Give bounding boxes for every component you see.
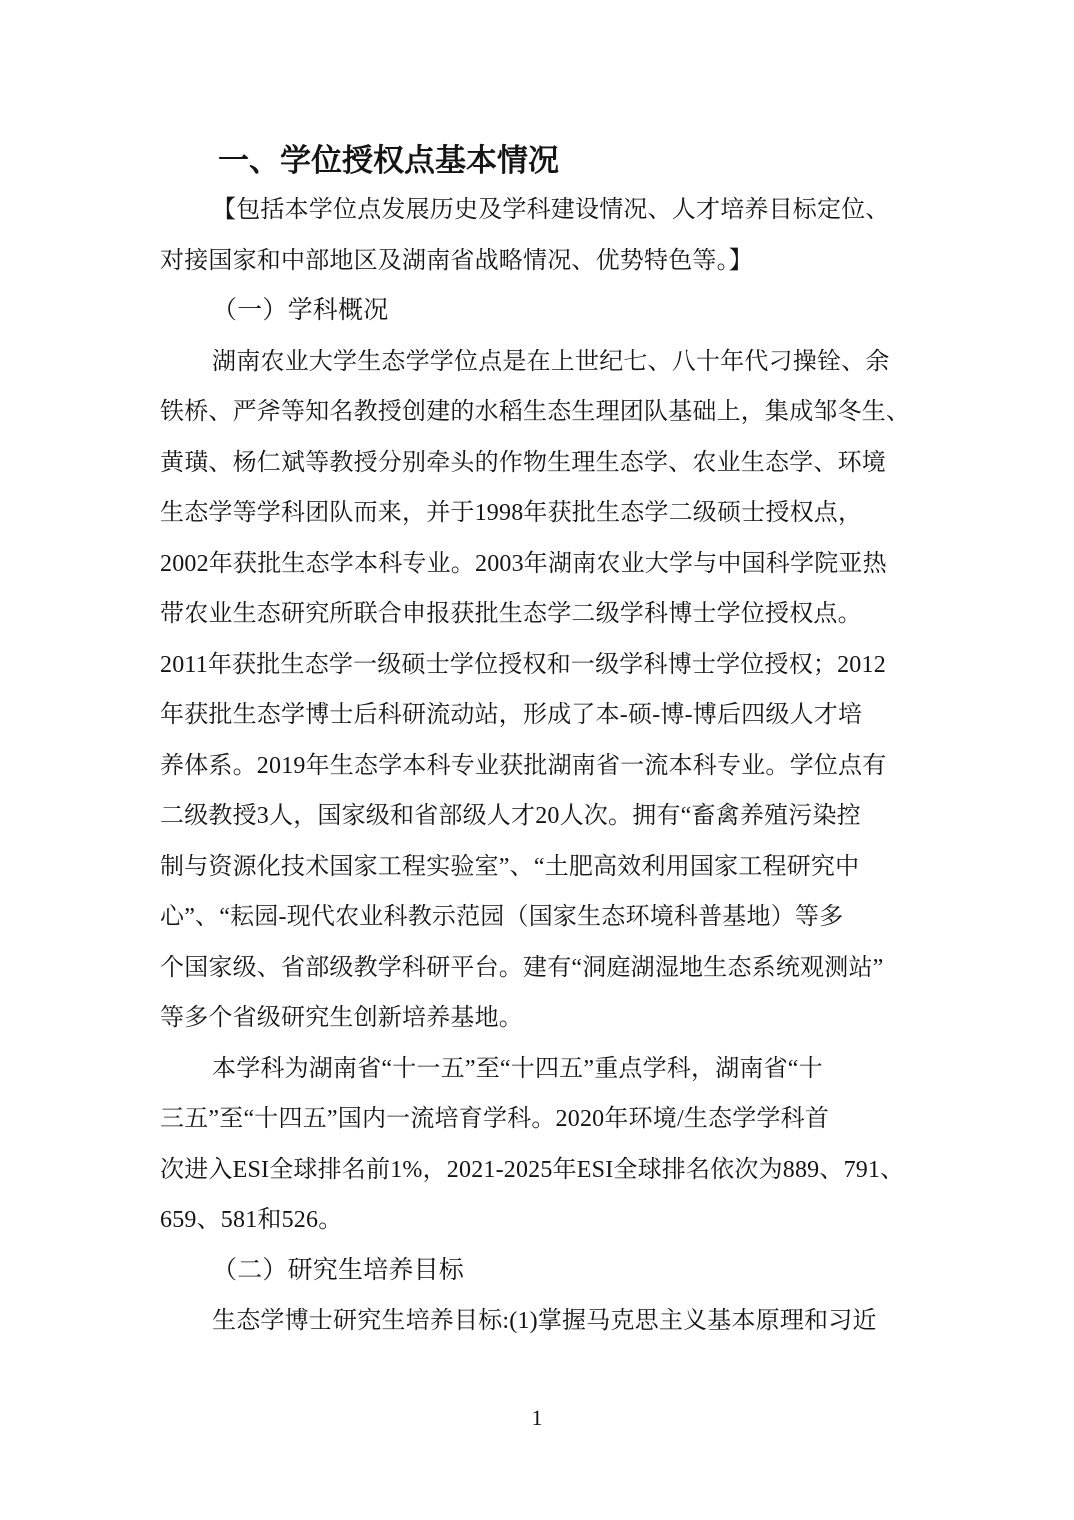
- section-heading: 一、学位授权点基本情况: [160, 136, 924, 185]
- text-line: 2011年获批生态学一级硕士学位授权和一级学科博士学位授权；2012: [160, 640, 924, 691]
- page-number: 1: [0, 1398, 1074, 1438]
- document-blocks: 【包括本学位点发展历史及学科建设情况、人才培养目标定位、对接国家和中部地区及湖南…: [160, 185, 924, 1347]
- paragraph: 生态学博士研究生培养目标:(1)掌握马克思主义基本原理和习近: [160, 1296, 924, 1347]
- text-line: 659、581和526。: [160, 1195, 924, 1246]
- document-page: 一、学位授权点基本情况 【包括本学位点发展历史及学科建设情况、人才培养目标定位、…: [0, 0, 1074, 1520]
- text-line: 本学科为湖南省“十一五”至“十四五”重点学科，湖南省“十: [160, 1044, 924, 1095]
- text-line: 二级教授3人，国家级和省部级人才20人次。拥有“畜禽养殖污染控: [160, 791, 924, 842]
- text-line: （一）学科概况: [160, 286, 924, 337]
- section-subheading: （一）学科概况: [160, 286, 924, 337]
- text-line: 等多个省级研究生创新培养基地。: [160, 993, 924, 1044]
- text-line: 年获批生态学博士后科研流动站，形成了本-硕-博-博后四级人才培: [160, 690, 924, 741]
- paragraph: 湖南农业大学生态学学位点是在上世纪七、八十年代刁操铨、余铁桥、严斧等知名教授创建…: [160, 337, 924, 1044]
- text-line: 生态学等学科团队而来，并于1998年获批生态学二级硕士授权点，: [160, 488, 924, 539]
- text-line: 次进入ESI全球排名前1%，2021-2025年ESI全球排名依次为889、79…: [160, 1145, 924, 1196]
- text-line: 对接国家和中部地区及湖南省战略情况、优势特色等。】: [160, 236, 924, 287]
- paragraph: 本学科为湖南省“十一五”至“十四五”重点学科，湖南省“十三五”至“十四五”国内一…: [160, 1044, 924, 1246]
- text-line: 心”、“耘园-现代农业科教示范园（国家生态环境科普基地）等多: [160, 892, 924, 943]
- bracket-note: 【包括本学位点发展历史及学科建设情况、人才培养目标定位、对接国家和中部地区及湖南…: [160, 185, 924, 286]
- text-line: 个国家级、省部级教学科研平台。建有“洞庭湖湿地生态系统观测站”: [160, 943, 924, 994]
- text-line: 湖南农业大学生态学学位点是在上世纪七、八十年代刁操铨、余: [160, 337, 924, 388]
- text-line: 2002年获批生态学本科专业。2003年湖南农业大学与中国科学院亚热: [160, 539, 924, 590]
- text-line: （二）研究生培养目标: [160, 1246, 924, 1297]
- text-line: 养体系。2019年生态学本科专业获批湖南省一流本科专业。学位点有: [160, 741, 924, 792]
- text-line: 生态学博士研究生培养目标:(1)掌握马克思主义基本原理和习近: [160, 1296, 924, 1347]
- text-line: 带农业生态研究所联合申报获批生态学二级学科博士学位授权点。: [160, 589, 924, 640]
- text-line: 铁桥、严斧等知名教授创建的水稻生态生理团队基础上，集成邹冬生、: [160, 387, 924, 438]
- text-line: 制与资源化技术国家工程实验室”、“土肥高效利用国家工程研究中: [160, 842, 924, 893]
- document-body: 一、学位授权点基本情况 【包括本学位点发展历史及学科建设情况、人才培养目标定位、…: [0, 0, 1074, 1347]
- text-line: 三五”至“十四五”国内一流培育学科。2020年环境/生态学学科首: [160, 1094, 924, 1145]
- section-subheading: （二）研究生培养目标: [160, 1246, 924, 1297]
- text-line: 【包括本学位点发展历史及学科建设情况、人才培养目标定位、: [160, 185, 924, 236]
- text-line: 黄璜、杨仁斌等教授分别牵头的作物生理生态学、农业生态学、环境: [160, 438, 924, 489]
